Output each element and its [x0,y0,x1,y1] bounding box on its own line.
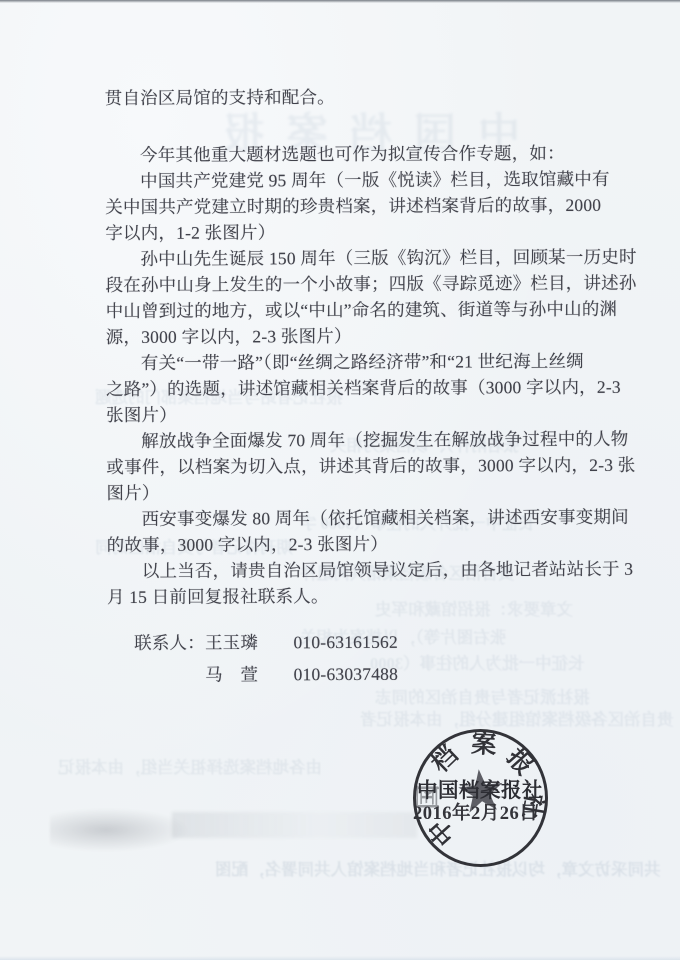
body-line: 关中国共产党建立时期的珍贵档案，讲述档案背后的故事，2000 [105,192,585,220]
bleedthrough-line: 由各地档案选择祖关当组，由本报记 [58,760,322,777]
stamp-arc-char: 案 [471,732,497,758]
body-line: 张图片） [106,400,586,428]
body-lines: 贯自治区局馆的支持和配合。今年其他重大题材选题也可作为拟宣传合作专题，如：中国共… [105,83,587,610]
pencil-smudge [50,808,190,852]
body-line: 字以内，1-2 张图片） [105,218,585,246]
body-line: 之路”）的选题，讲述馆藏相关档案背后的故事（3000 字以内，2-3 [106,374,586,402]
body-line: 中山曾到过的地方，或以“中山”命名的建筑、街道等与孙中山的渊 [106,296,586,324]
body-line: 贯自治区局馆的支持和配合。 [105,83,585,111]
body-line: 的故事，3000 字以内，2-3 张图片） [107,530,587,558]
body-line: 西安事变爆发 80 周年（依托馆藏相关档案，讲述西安事变期间 [107,504,587,532]
stamp-date: 2016年2月26日 [413,799,538,825]
body-line: 图片） [106,478,586,506]
bleedthrough-line: 贵自治区各级档案馆组建分组，由本报记者 [360,712,674,729]
bleedthrough-line: 报社派记者与贵自治区的同志 [375,690,590,707]
pencil-smudge [172,812,417,838]
body-line: 有关“一带一路”（即“丝绸之路经济带”和“21 世纪海上丝绸 [106,348,586,376]
body-line: 以上当否，请贵自治区局馆领导议定后，由各地记者站站长于 3 [107,556,587,584]
body-line: 段在孙中山身上发生的一个小故事；四版《寻踪觅迹》栏目，讲述孙 [106,270,586,298]
scanner-edge-bottom [0,956,680,960]
body-line: 今年其他重大题材选题也可作为拟宣传合作专题，如： [105,140,585,168]
body-line: 或事件，以档案为切入点，讲述其背后的故事，3000 字以内，2-3 张 [106,452,586,480]
body-line: 孙中山先生诞辰 150 周年（三版《钩沉》栏目，回顾某一历史时 [105,244,585,272]
document-body: 贯自治区局馆的支持和配合。今年其他重大题材选题也可作为拟宣传合作专题，如：中国共… [105,83,588,688]
official-stamp: ★ 中 国 档 案 报 社 中国档案报社 2016年2月26日 [413,729,549,868]
scanner-edge-top [0,0,680,3]
scanned-document-page: 中国档案报 报社记者站与当地档案部门的选题 张若附件）、以档案为相关 长征中一批… [0,0,680,960]
body-line: 月 15 日前回复报社联系人。 [107,582,587,610]
contact-line-1: 联系人：王玉璘 010-63161562 [134,628,587,656]
body-line: 中国共产党建党 95 周年（一版《悦读》栏目，选取馆藏中有 [105,166,585,194]
contact-line-2: 马 萱 010-63037488 [134,660,587,688]
body-line: 源，3000 字以内，2-3 张图片） [106,322,586,350]
body-line: 解放战争全面爆发 70 周年（挖掘发生在解放战争过程中的人物 [106,426,586,454]
contact-block: 联系人：王玉璘 010-63161562 马 萱 010-63037488 [134,628,587,688]
